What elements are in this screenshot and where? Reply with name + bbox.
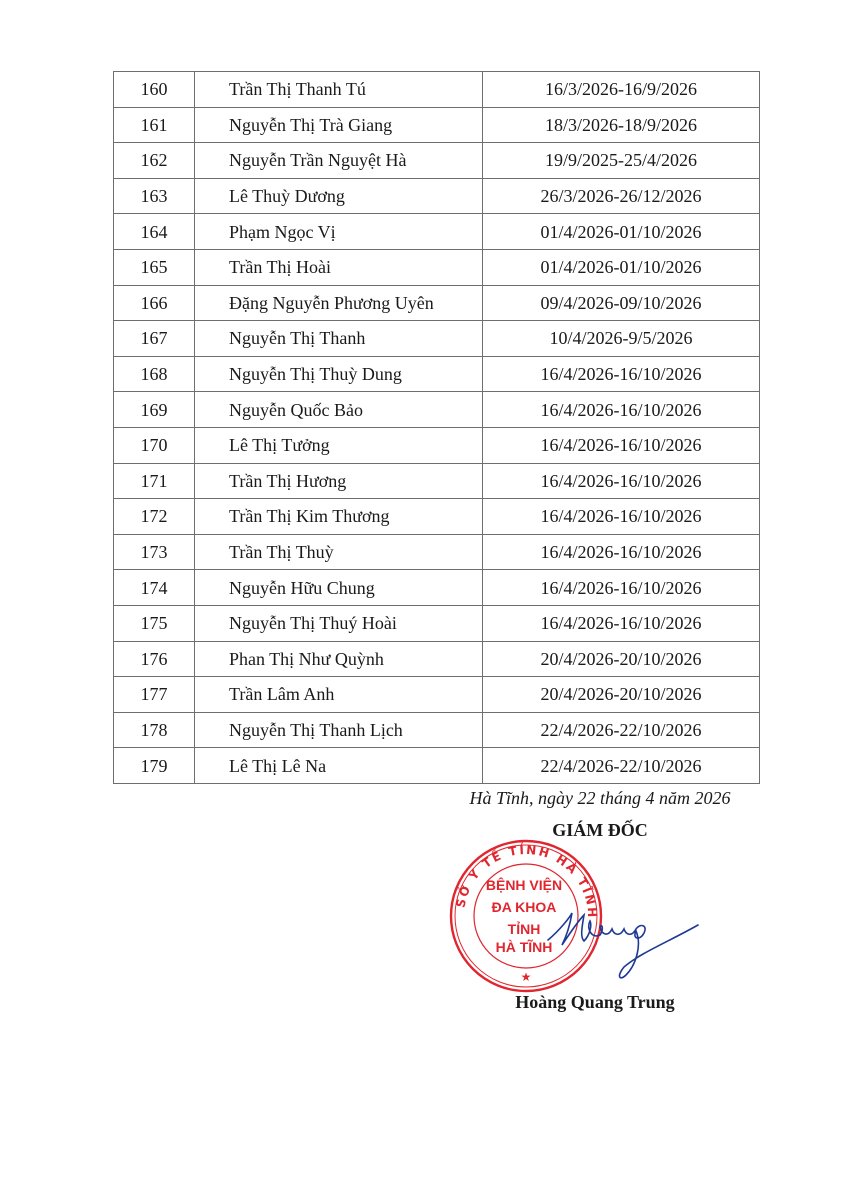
row-number: 170 <box>114 427 195 463</box>
staff-name: Nguyễn Thị Trà Giang <box>195 107 483 143</box>
staff-name: Lê Thị Tưởng <box>195 427 483 463</box>
period: 16/3/2026-16/9/2026 <box>483 72 760 108</box>
table-row: 161Nguyễn Thị Trà Giang18/3/2026-18/9/20… <box>114 107 760 143</box>
staff-schedule-table: 160Trần Thị Thanh Tú16/3/2026-16/9/20261… <box>113 71 760 784</box>
row-number: 174 <box>114 570 195 606</box>
staff-name: Lê Thị Lê Na <box>195 748 483 784</box>
period: 01/4/2026-01/10/2026 <box>483 249 760 285</box>
table-row: 176Phan Thị Như Quỳnh20/4/2026-20/10/202… <box>114 641 760 677</box>
table-row: 169Nguyễn Quốc Bảo16/4/2026-16/10/2026 <box>114 392 760 428</box>
svg-text:★: ★ <box>521 970 532 984</box>
table-row: 179Lê Thị Lê Na22/4/2026-22/10/2026 <box>114 748 760 784</box>
svg-text:TỈNH: TỈNH <box>508 921 541 937</box>
period: 19/9/2025-25/4/2026 <box>483 143 760 179</box>
staff-name: Nguyễn Thị Thuỳ Dung <box>195 356 483 392</box>
period: 16/4/2026-16/10/2026 <box>483 570 760 606</box>
table-row: 160Trần Thị Thanh Tú16/3/2026-16/9/2026 <box>114 72 760 108</box>
staff-name: Nguyễn Hữu Chung <box>195 570 483 606</box>
row-number: 177 <box>114 677 195 713</box>
staff-name: Đặng Nguyễn Phương Uyên <box>195 285 483 321</box>
row-number: 165 <box>114 249 195 285</box>
period: 16/4/2026-16/10/2026 <box>483 356 760 392</box>
row-number: 161 <box>114 107 195 143</box>
staff-name: Phạm Ngọc Vị <box>195 214 483 250</box>
table-row: 177Trần Lâm Anh20/4/2026-20/10/2026 <box>114 677 760 713</box>
row-number: 163 <box>114 178 195 214</box>
staff-name: Nguyễn Quốc Bảo <box>195 392 483 428</box>
period: 16/4/2026-16/10/2026 <box>483 392 760 428</box>
period: 22/4/2026-22/10/2026 <box>483 712 760 748</box>
table-row: 175Nguyễn Thị Thuý Hoài16/4/2026-16/10/2… <box>114 605 760 641</box>
staff-name: Trần Thị Thanh Tú <box>195 72 483 108</box>
period: 16/4/2026-16/10/2026 <box>483 427 760 463</box>
staff-name: Nguyễn Thị Thuý Hoài <box>195 605 483 641</box>
document-page: 160Trần Thị Thanh Tú16/3/2026-16/9/20261… <box>0 0 849 1200</box>
svg-text:BỆNH VIỆN: BỆNH VIỆN <box>486 876 562 893</box>
row-number: 179 <box>114 748 195 784</box>
table-row: 164Phạm Ngọc Vị01/4/2026-01/10/2026 <box>114 214 760 250</box>
period: 01/4/2026-01/10/2026 <box>483 214 760 250</box>
table-row: 165Trần Thị Hoài01/4/2026-01/10/2026 <box>114 249 760 285</box>
table-row: 172Trần Thị Kim Thương16/4/2026-16/10/20… <box>114 499 760 535</box>
staff-name: Nguyễn Trần Nguyệt Hà <box>195 143 483 179</box>
row-number: 160 <box>114 72 195 108</box>
table-row: 168Nguyễn Thị Thuỳ Dung16/4/2026-16/10/2… <box>114 356 760 392</box>
staff-name: Trần Lâm Anh <box>195 677 483 713</box>
table-row: 173Trần Thị Thuỳ16/4/2026-16/10/2026 <box>114 534 760 570</box>
row-number: 176 <box>114 641 195 677</box>
row-number: 166 <box>114 285 195 321</box>
row-number: 168 <box>114 356 195 392</box>
row-number: 178 <box>114 712 195 748</box>
row-number: 167 <box>114 321 195 357</box>
table-row: 166Đặng Nguyễn Phương Uyên09/4/2026-09/1… <box>114 285 760 321</box>
period: 20/4/2026-20/10/2026 <box>483 641 760 677</box>
staff-name: Trần Thị Kim Thương <box>195 499 483 535</box>
staff-name: Trần Thị Hoài <box>195 249 483 285</box>
table-row: 170Lê Thị Tưởng16/4/2026-16/10/2026 <box>114 427 760 463</box>
period: 22/4/2026-22/10/2026 <box>483 748 760 784</box>
table-row: 178Nguyễn Thị Thanh Lịch22/4/2026-22/10/… <box>114 712 760 748</box>
table-row: 162Nguyễn Trần Nguyệt Hà19/9/2025-25/4/2… <box>114 143 760 179</box>
row-number: 172 <box>114 499 195 535</box>
place-date-line: Hà Tĩnh, ngày 22 tháng 4 năm 2026 <box>440 788 760 809</box>
row-number: 164 <box>114 214 195 250</box>
period: 26/3/2026-26/12/2026 <box>483 178 760 214</box>
row-number: 169 <box>114 392 195 428</box>
period: 16/4/2026-16/10/2026 <box>483 463 760 499</box>
staff-name: Nguyễn Thị Thanh <box>195 321 483 357</box>
period: 09/4/2026-09/10/2026 <box>483 285 760 321</box>
table-row: 167Nguyễn Thị Thanh10/4/2026-9/5/2026 <box>114 321 760 357</box>
staff-name: Nguyễn Thị Thanh Lịch <box>195 712 483 748</box>
period: 18/3/2026-18/9/2026 <box>483 107 760 143</box>
row-number: 171 <box>114 463 195 499</box>
row-number: 173 <box>114 534 195 570</box>
signature-icon <box>540 895 700 985</box>
signer-name: Hoàng Quang Trung <box>470 992 720 1013</box>
staff-name: Lê Thuỳ Dương <box>195 178 483 214</box>
table-row: 163Lê Thuỳ Dương26/3/2026-26/12/2026 <box>114 178 760 214</box>
table-row: 171Trần Thị Hương16/4/2026-16/10/2026 <box>114 463 760 499</box>
row-number: 162 <box>114 143 195 179</box>
period: 20/4/2026-20/10/2026 <box>483 677 760 713</box>
table-row: 174Nguyễn Hữu Chung16/4/2026-16/10/2026 <box>114 570 760 606</box>
staff-name: Trần Thị Thuỳ <box>195 534 483 570</box>
period: 16/4/2026-16/10/2026 <box>483 499 760 535</box>
staff-name: Trần Thị Hương <box>195 463 483 499</box>
period: 16/4/2026-16/10/2026 <box>483 605 760 641</box>
staff-name: Phan Thị Như Quỳnh <box>195 641 483 677</box>
period: 10/4/2026-9/5/2026 <box>483 321 760 357</box>
period: 16/4/2026-16/10/2026 <box>483 534 760 570</box>
row-number: 175 <box>114 605 195 641</box>
